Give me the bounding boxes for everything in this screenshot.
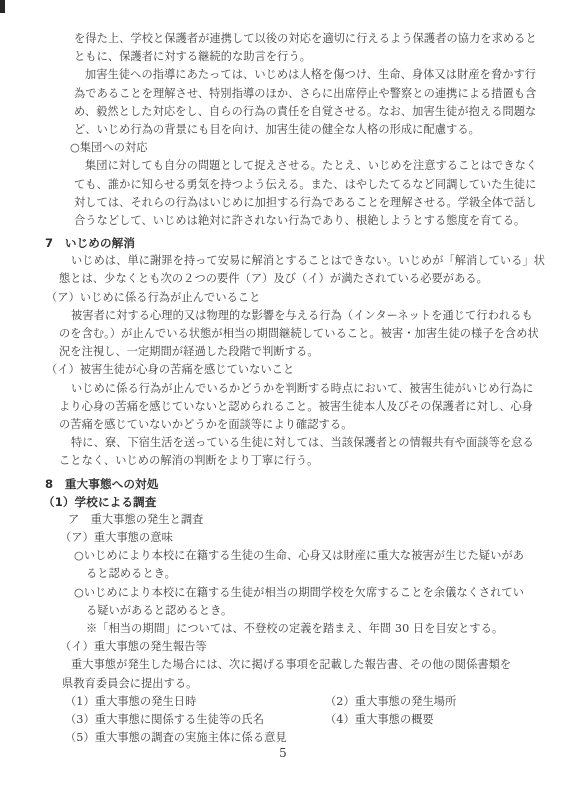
doc-line: 況を注視し、一定期間が経過した段階で判断する。 (0, 343, 566, 361)
doc-line: 加害生徒への指導にあたっては、いじめは人格を傷つけ、生命、身体又は財産を脅かす行 (0, 66, 566, 84)
line-text: 7 いじめの解消 (45, 236, 135, 250)
doc-line: ても、誰かに知らせる勇気を持つよう伝える。また、はやしたてるなど同調していた生徒… (0, 176, 566, 194)
doc-line: 為であることを理解させ、特別指導のほか、さらに出席停止や警察との連携による措置も… (0, 85, 566, 103)
heading-line: 7 いじめの解消 (0, 234, 566, 252)
line-text: 合うなどして、いじめは絶対に許されない行為であり、根絶しようとする態度を育てる。 (74, 214, 525, 227)
line-text-col2: （4）重大事態の概要 (325, 711, 434, 729)
doc-line: ともに、保護者に対する継続的な助言を行う。 (0, 48, 566, 66)
line-text: いじめに係る行為が止んでいるかどうかを判断する時点において、被害生徒がいじめ行為… (71, 382, 534, 395)
doc-line: より心身の苦痛を感じていないと認められること。被害生徒本人及びその保護者に対し、… (0, 398, 566, 416)
doc-line: 対しては、それらの行為はいじめに加担する行為であることを理解させる。学級全体で話… (0, 194, 566, 212)
doc-line: の苦痛を感じていないかどうかを面談等により確認する。 (0, 416, 566, 434)
document-page: を得た上、学校と保護者が連携して以後の対応を適切に行えるよう保護者の協力を求める… (0, 0, 566, 800)
doc-line: ると認めるとき。 (0, 565, 566, 583)
doc-line: 合うなどして、いじめは絶対に許されない行為であり、根絶しようとする態度を育てる。 (0, 212, 566, 230)
doc-line: いじめに係る行為が止んでいるかどうかを判断する時点において、被害生徒がいじめ行為… (0, 380, 566, 398)
line-text: め、毅然とした対応をし、自らの行為の責任を自覚させる。なお、加害生徒が抱える問題… (74, 105, 536, 118)
document-body: を得た上、学校と保護者が連携して以後の対応を適切に行えるよう保護者の協力を求める… (0, 30, 566, 747)
line-text: ○いじめにより本校に在籍する生徒の生命、心身又は財産に重大な被害が生じた疑いがあ (74, 549, 524, 562)
doc-line: 県教育委員会に提出する。 (0, 675, 566, 693)
doc-line: ※「相当の期間」については、不登校の定義を踏まえ、年間 30 日を目安とする。 (0, 620, 566, 638)
line-text: （ア）いじめに係る行為が止んでいること (46, 291, 260, 304)
line-text: ※「相当の期間」については、不登校の定義を踏まえ、年間 30 日を目安とする。 (86, 622, 503, 635)
line-text: ともに、保護者に対する継続的な助言を行う。 (74, 50, 311, 63)
line-text: ○集団への対応 (70, 141, 148, 154)
doc-line: （ア）いじめに係る行為が止んでいること (0, 289, 566, 307)
line-text: を得た上、学校と保護者が連携して以後の対応を適切に行えるよう保護者の協力を求める… (74, 32, 537, 45)
line-text: ても、誰かに知らせる勇気を持つよう伝える。また、はやしたてるなど同調していた生徒… (74, 178, 536, 191)
line-text: （3）重大事態に関係する生徒等の氏名 (65, 713, 264, 726)
doc-line: 重大事態が発生した場合には、次に掲げる事項を記載した報告書、その他の関係書類を (0, 656, 566, 674)
line-text: 加害生徒への指導にあたっては、いじめは人格を傷つけ、生命、身体又は財産を脅かす行 (85, 68, 536, 81)
doc-line: を得た上、学校と保護者が連携して以後の対応を適切に行えるよう保護者の協力を求める… (0, 30, 566, 48)
page-number: 5 (0, 744, 566, 762)
line-text: （1）重大事態の発生日時 (65, 695, 196, 708)
line-text: 集団に対しても自分の問題として捉えさせる。たとえ、いじめを注意することはできなく (85, 159, 537, 172)
doc-line: （イ）重大事態の発生報告等 (0, 638, 566, 656)
doc-line: （1）重大事態の発生日時（2）重大事態の発生場所 (0, 693, 566, 711)
line-text: ど、いじめ行為の背景にも目を向け、加害生徒の健全な人格の形成に配慮する。 (74, 123, 480, 136)
line-text: のを含む。）が止んでいる状態が相当の期間継続していること。被害・加害生徒の様子を… (59, 327, 539, 340)
doc-line: 特に、寮、下宿生活を送っている生徒に対しては、当該保護者との情報共有や面談等を怠… (0, 434, 566, 452)
line-text: 態とは、少なくとも次の２つの要件（ア）及び（イ）が満たされている必要がある。 (59, 272, 488, 285)
doc-line: （ア）重大事態の意味 (0, 529, 566, 547)
doc-line: る疑いがあると認めるとき。 (0, 602, 566, 620)
doc-line: ア 重大事態の発生と調査 (0, 511, 566, 529)
line-text: 被害者に対する心理的又は物理的な影響を与える行為（インターネットを通じて行われる… (71, 309, 533, 322)
doc-line: め、毅然とした対応をし、自らの行為の責任を自覚させる。なお、加害生徒が抱える問題… (0, 103, 566, 121)
scan-artifact-mark (0, 0, 5, 13)
line-text: 況を注視し、一定期間が経過した段階で判断する。 (59, 345, 319, 358)
doc-line: ○集団への対応 (0, 139, 566, 157)
line-text: （1）学校による調査 (43, 495, 156, 509)
line-text: （5）重大事態の調査の実施主体に係る意見 (65, 731, 287, 744)
heading-line: 8 重大事態への対処 (0, 475, 566, 493)
doc-line: のを含む。）が止んでいる状態が相当の期間継続していること。被害・加害生徒の様子を… (0, 325, 566, 343)
line-text-col2: （2）重大事態の発生場所 (325, 693, 456, 711)
doc-line: ど、いじめ行為の背景にも目を向け、加害生徒の健全な人格の形成に配慮する。 (0, 121, 566, 139)
doc-line: ことなく、いじめの解消の判断をより丁寧に行う。 (0, 452, 566, 470)
doc-line: ○いじめにより本校に在籍する生徒が相当の期間学校を欠席することを余儀なくされてい (0, 584, 566, 602)
line-text: 対しては、それらの行為はいじめに加担する行為であることを理解させる。学級全体で話… (74, 196, 537, 209)
line-text: （イ）重大事態の発生報告等 (60, 640, 207, 653)
doc-line: 態とは、少なくとも次の２つの要件（ア）及び（イ）が満たされている必要がある。 (0, 270, 566, 288)
line-text: 為であることを理解させ、特別指導のほか、さらに出席停止や警察との連携による措置も… (74, 87, 536, 100)
line-text: 重大事態が発生した場合には、次に掲げる事項を記載した報告書、その他の関係書類を (71, 658, 511, 671)
line-text: 県教育委員会に提出する。 (62, 677, 197, 690)
line-text: る疑いがあると認めるとき。 (86, 604, 232, 617)
doc-line: 集団に対しても自分の問題として捉えさせる。たとえ、いじめを注意することはできなく (0, 157, 566, 175)
doc-line: 被害者に対する心理的又は物理的な影響を与える行為（インターネットを通じて行われる… (0, 307, 566, 325)
line-text: （ア）重大事態の意味 (60, 531, 173, 544)
line-text: 8 重大事態への対処 (45, 477, 158, 491)
line-text: ○いじめにより本校に在籍する生徒が相当の期間学校を欠席することを余儀なくされてい (74, 586, 524, 599)
doc-line: （3）重大事態に関係する生徒等の氏名（4）重大事態の概要 (0, 711, 566, 729)
heading-line: （1）学校による調査 (0, 493, 566, 511)
line-text: （イ）被害生徒が心身の苦痛を感じていないこと (46, 363, 294, 376)
doc-line: ○いじめにより本校に在籍する生徒の生命、心身又は財産に重大な被害が生じた疑いがあ (0, 547, 566, 565)
line-text: ると認めるとき。 (86, 567, 176, 580)
line-text: より心身の苦痛を感じていないと認められること。被害生徒本人及びその保護者に対し、… (59, 400, 533, 413)
line-text: 特に、寮、下宿生活を送っている生徒に対しては、当該保護者との情報共有や面談等を怠… (71, 436, 534, 449)
line-text: の苦痛を感じていないかどうかを面談等により確認する。 (59, 418, 352, 431)
doc-line: （イ）被害生徒が心身の苦痛を感じていないこと (0, 361, 566, 379)
line-text: ア 重大事態の発生と調査 (68, 513, 203, 526)
line-text: ことなく、いじめの解消の判断をより丁寧に行う。 (59, 454, 318, 467)
line-text: いじめは、単に謝罪を持って安易に解消とすることはできない。いじめが「解消している… (71, 254, 545, 267)
doc-line: いじめは、単に謝罪を持って安易に解消とすることはできない。いじめが「解消している… (0, 252, 566, 270)
